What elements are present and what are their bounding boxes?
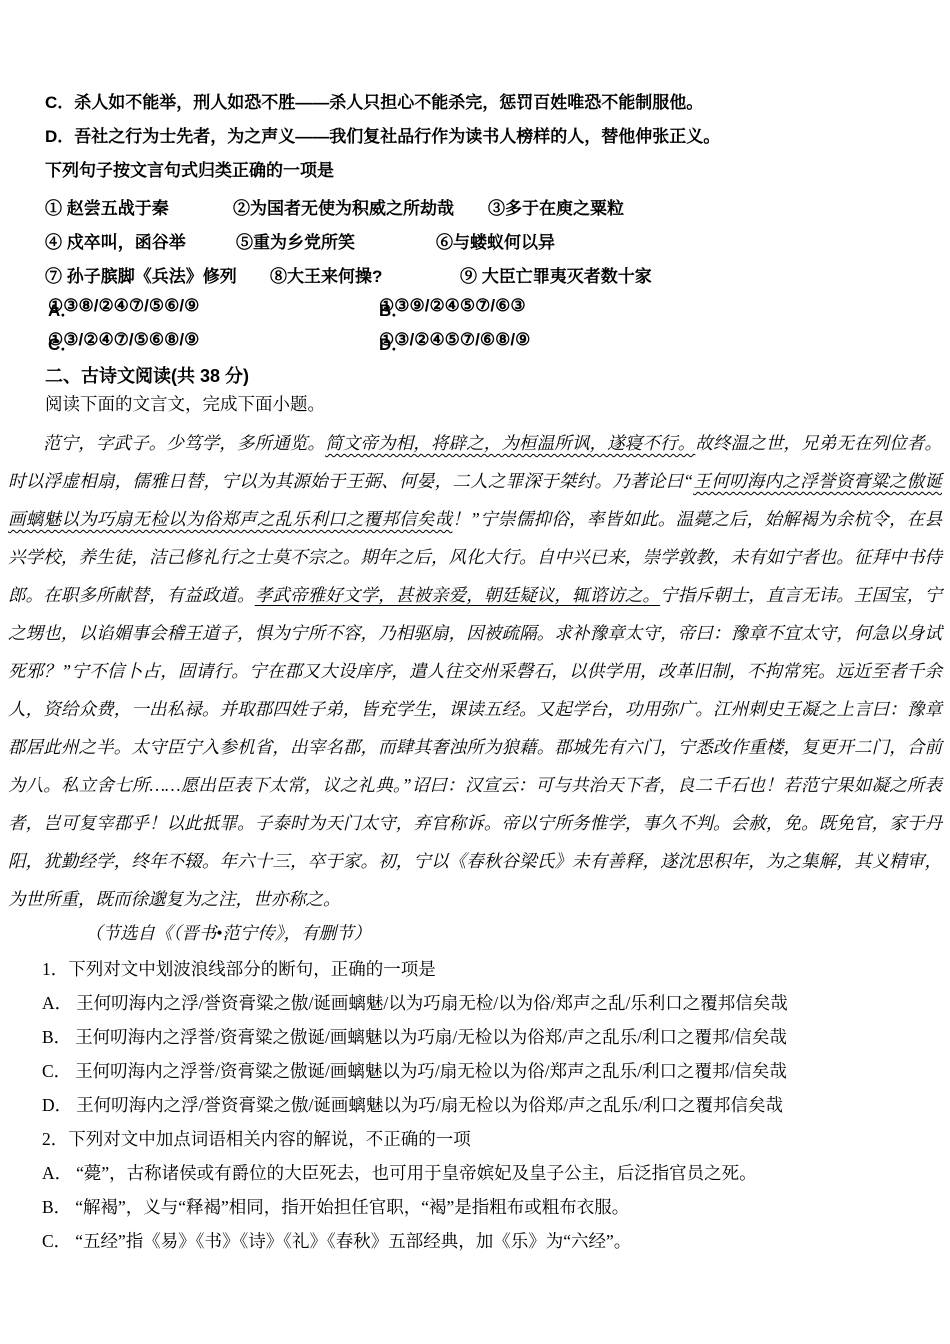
option-label: A． bbox=[42, 993, 72, 1013]
choice-text: 吾社之行为士先者，为之声义——我们复社品行作为读书人榜样的人，替他伸张正义。 bbox=[74, 127, 720, 146]
option-text: “解褐”，义与“释褐”相同，指开始担任官职，“褐”是指粗布或粗布衣服。 bbox=[75, 1197, 629, 1217]
option-text: 王何叨海内之浮/誉资膏粱之傲/诞画螭魅/以为巧扇无检/以为俗/郑声之乱/乐利口之… bbox=[76, 993, 788, 1013]
top-section: C．杀人如不能举，刑人如恐不胜——杀人只担心不能杀完，惩罚百姓唯恐不能制服他。 … bbox=[0, 0, 950, 352]
syntax-question-prompt: 下列句子按文言句式归类正确的一项是 bbox=[45, 160, 920, 182]
option-text: 王何叨海内之浮誉/资膏粱之傲诞/画螭魅以为巧扇/无检以为俗郑/声之乱乐/利口之覆… bbox=[75, 1027, 787, 1047]
sentence-row-2: ④ 戍卒叫，函谷举 ⑤重为乡党所笑 ⑥与蝼蚁何以异 bbox=[45, 228, 920, 250]
question-1-option-a: A．王何叨海内之浮/誉资膏粱之傲/诞画螭魅/以为巧扇无检/以为俗/郑声之乱/乐利… bbox=[42, 992, 920, 1014]
question-2: 2．下列对文中加点词语相关内容的解说，不正确的一项 A．“薨”，古称诸侯或有爵位… bbox=[42, 1128, 920, 1252]
passage-segment: 宁指斥朝士，直言无讳。王国宝，宁之甥也，以谄媚事会稽王道子，惧为宁所不容，乃相驱… bbox=[8, 585, 942, 909]
sentence-item: ① 赵尝五战于秦 bbox=[45, 194, 169, 219]
question-1: 1．下列对文中划波浪线部分的断句，正确的一项是 A．王何叨海内之浮/誉资膏粱之傲… bbox=[42, 958, 920, 1116]
question-2-option-c: C．“五经”指《易》《书》《诗》《礼》《春秋》五部经典，加《乐》为“六经”。 bbox=[42, 1230, 920, 1252]
option-text: 王何叨海内之浮誉/资膏粱之傲诞/画螭魅以为巧/扇无检以为俗/郑声之乱乐/利口之覆… bbox=[75, 1061, 787, 1081]
sentence-row-1: ① 赵尝五战于秦 ②为国者无使为积威之所劫哉 ③多于在庾之粟粒 bbox=[45, 194, 920, 216]
choice-text: 杀人如不能举，刑人如恐不胜——杀人只担心不能杀完，惩罚百姓唯恐不能制服他。 bbox=[74, 93, 703, 112]
option-label: D． bbox=[42, 1095, 72, 1115]
question-2-stem: 2．下列对文中加点词语相关内容的解说，不正确的一项 bbox=[42, 1128, 920, 1150]
choice-label: C． bbox=[45, 93, 74, 112]
sentence-item: ⑨ 大臣亡罪夷灭者数十家 bbox=[460, 262, 652, 287]
question-1-option-c: C．王何叨海内之浮誉/资膏粱之傲诞/画螭魅以为巧/扇无检以为俗/郑声之乱乐/利口… bbox=[42, 1060, 920, 1082]
question-1-option-b: B．王何叨海内之浮誉/资膏粱之傲诞/画螭魅以为巧扇/无检以为俗郑/声之乱乐/利口… bbox=[42, 1026, 920, 1048]
classical-passage: 范宁，字武子。少笃学，多所通览。简文帝为相，将辟之，为桓温所讽，遂寝不行。故终温… bbox=[8, 424, 942, 918]
choice-line-c: C．杀人如不能举，刑人如恐不胜——杀人只担心不能杀完，惩罚百姓唯恐不能制服他。 bbox=[45, 92, 920, 114]
section-heading: 二、古诗文阅读(共 38 分) bbox=[45, 364, 950, 388]
choice-text: ①③/②④⑤⑦/⑥⑧/⑨ bbox=[379, 330, 530, 350]
sentence-item: ③多于在庾之粟粒 bbox=[488, 194, 624, 219]
sentence-item: ④ 戍卒叫，函谷举 bbox=[45, 228, 186, 253]
sentence-item: ⑥与蝼蚁何以异 bbox=[436, 228, 555, 253]
passage-segment: 范宁，字武子。少笃学，多所通览。 bbox=[43, 433, 325, 453]
exam-document-page: C．杀人如不能举，刑人如恐不胜——杀人只担心不能杀完，惩罚百姓唯恐不能制服他。 … bbox=[0, 0, 950, 1344]
question-1-stem: 1．下列对文中划波浪线部分的断句，正确的一项是 bbox=[42, 958, 920, 980]
sentence-item: ⑤重为乡党所笑 bbox=[236, 228, 355, 253]
sentence-item: ⑦ 孙子膑脚《兵法》修列 bbox=[45, 262, 237, 287]
option-label: C． bbox=[42, 1231, 71, 1251]
choice-text: ①③⑧/②④⑦/⑤⑥/⑨ bbox=[48, 296, 199, 316]
option-label: B． bbox=[42, 1027, 71, 1047]
option-text: “五经”指《易》《书》《诗》《礼》《春秋》五部经典，加《乐》为“六经”。 bbox=[75, 1231, 631, 1251]
option-label: C． bbox=[42, 1061, 71, 1081]
choice-text: ①③⑨/②④⑤⑦/⑥③ bbox=[379, 296, 526, 316]
option-text: 王何叨海内之浮/誉资膏粱之傲/诞画螭魅以为巧/扇无检以为俗郑/声之乱乐/利口之覆… bbox=[76, 1095, 783, 1115]
question-2-option-a: A．“薨”，古称诸侯或有爵位的大臣死去，也可用于皇帝嫔妃及皇子公主，后泛指官员之… bbox=[42, 1162, 920, 1184]
choice-line-d: D．吾社之行为士先者，为之声义——我们复社品行作为读书人榜样的人，替他伸张正义。 bbox=[45, 126, 920, 148]
choice-text: ①③/②④⑦/⑤⑥⑧/⑨ bbox=[48, 330, 199, 350]
sentence-row-3: ⑦ 孙子膑脚《兵法》修列 ⑧大王来何操? ⑨ 大臣亡罪夷灭者数十家 bbox=[45, 262, 920, 284]
passage-segment-wavy-underline: 简文帝为相，将辟之，为桓温所讽，遂寝不行。 bbox=[325, 433, 695, 453]
choice-row-cd: C．①③/②④⑦/⑤⑥⑧/⑨ D．①③/②④⑤⑦/⑥⑧/⑨ bbox=[45, 330, 920, 352]
choice-label: D． bbox=[45, 127, 74, 146]
section-intro: 阅读下面的文言文，完成下面小题。 bbox=[45, 392, 950, 416]
passage-segment-underline: 孝武帝雅好文学，甚被亲爱，朝廷疑议，辄谘访之。 bbox=[255, 585, 660, 605]
question-1-option-d: D．王何叨海内之浮/誉资膏粱之傲/诞画螭魅以为巧/扇无检以为俗郑/声之乱乐/利口… bbox=[42, 1094, 920, 1116]
option-label: B． bbox=[42, 1197, 71, 1217]
option-label: A． bbox=[42, 1163, 72, 1183]
question-2-option-b: B．“解褐”，义与“释褐”相同，指开始担任官职，“褐”是指粗布或粗布衣服。 bbox=[42, 1196, 920, 1218]
choice-row-ab: A．①③⑧/②④⑦/⑤⑥/⑨ B．①③⑨/②④⑤⑦/⑥③ bbox=[45, 296, 920, 318]
sentence-item: ⑧大王来何操? bbox=[270, 262, 382, 287]
option-text: “薨”，古称诸侯或有爵位的大臣死去，也可用于皇帝嫔妃及皇子公主，后泛指官员之死。 bbox=[76, 1163, 757, 1183]
sentence-item: ②为国者无使为积威之所劫哉 bbox=[233, 194, 454, 219]
passage-source-note: （节选自《（晋书•范宁传》，有删节） bbox=[85, 920, 950, 946]
